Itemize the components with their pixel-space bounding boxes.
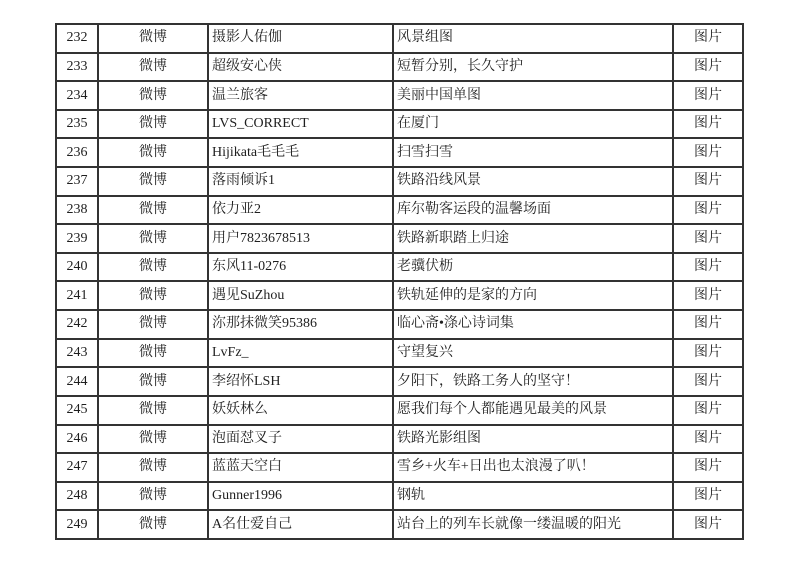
content-type-cell: 图片 — [673, 24, 743, 53]
username-cell: 用户7823678513 — [208, 224, 393, 253]
platform-cell: 微博 — [98, 367, 208, 396]
post-title-cell: 愿我们每个人都能遇见最美的风景 — [393, 396, 673, 425]
row-index-cell: 241 — [56, 281, 98, 310]
row-index-cell: 239 — [56, 224, 98, 253]
post-title-cell: 老骥伏枥 — [393, 253, 673, 282]
username-cell: 摄影人佑伽 — [208, 24, 393, 53]
username-cell: 泡面怼叉子 — [208, 425, 393, 454]
platform-cell: 微博 — [98, 53, 208, 82]
platform-cell: 微博 — [98, 24, 208, 53]
username-cell: LvFz_ — [208, 339, 393, 368]
content-type-cell: 图片 — [673, 453, 743, 482]
content-type-cell: 图片 — [673, 224, 743, 253]
post-title-cell: 铁路新职踏上归途 — [393, 224, 673, 253]
table-row: 236 微博 Hijikata毛毛毛 扫雪扫雪 图片 — [56, 138, 743, 167]
row-index-cell: 240 — [56, 253, 98, 282]
content-type-cell: 图片 — [673, 367, 743, 396]
post-title-cell: 在厦门 — [393, 110, 673, 139]
content-type-cell: 图片 — [673, 253, 743, 282]
table-row: 243 微博 LvFz_ 守望复兴 图片 — [56, 339, 743, 368]
username-cell: 依力亚2 — [208, 196, 393, 225]
row-index-cell: 245 — [56, 396, 98, 425]
username-cell: 蓝蓝天空白 — [208, 453, 393, 482]
row-index-cell: 242 — [56, 310, 98, 339]
platform-cell: 微博 — [98, 425, 208, 454]
platform-cell: 微博 — [98, 81, 208, 110]
row-index-cell: 236 — [56, 138, 98, 167]
table-row: 240 微博 东风11-0276 老骥伏枥 图片 — [56, 253, 743, 282]
table-row: 232 微博 摄影人佑伽 风景组图 图片 — [56, 24, 743, 53]
post-title-cell: 风景组图 — [393, 24, 673, 53]
table-row: 247 微博 蓝蓝天空白 雪乡+火车+日出也太浪漫了叭！ 图片 — [56, 453, 743, 482]
post-title-cell: 铁路光影组图 — [393, 425, 673, 454]
platform-cell: 微博 — [98, 196, 208, 225]
post-title-cell: 美丽中国单图 — [393, 81, 673, 110]
username-cell: Gunner1996 — [208, 482, 393, 511]
row-index-cell: 237 — [56, 167, 98, 196]
platform-cell: 微博 — [98, 110, 208, 139]
content-type-cell: 图片 — [673, 310, 743, 339]
table-row: 237 微博 落雨倾诉1 铁路沿线风景 图片 — [56, 167, 743, 196]
content-type-cell: 图片 — [673, 339, 743, 368]
table-row: 238 微博 依力亚2 库尔勒客运段的温馨场面 图片 — [56, 196, 743, 225]
row-index-cell: 247 — [56, 453, 98, 482]
table-row: 239 微博 用户7823678513 铁路新职踏上归途 图片 — [56, 224, 743, 253]
row-index-cell: 232 — [56, 24, 98, 53]
username-cell: 沵那抹微笑95386 — [208, 310, 393, 339]
platform-cell: 微博 — [98, 281, 208, 310]
table-row: 244 微博 李绍怀LSH 夕阳下，铁路工务人的坚守！ 图片 — [56, 367, 743, 396]
platform-cell: 微博 — [98, 510, 208, 539]
table-row: 248 微博 Gunner1996 钢轨 图片 — [56, 482, 743, 511]
username-cell: 东风11-0276 — [208, 253, 393, 282]
username-cell: 温兰旅客 — [208, 81, 393, 110]
content-type-cell: 图片 — [673, 138, 743, 167]
content-type-cell: 图片 — [673, 510, 743, 539]
post-title-cell: 短暂分别，长久守护 — [393, 53, 673, 82]
content-type-cell: 图片 — [673, 281, 743, 310]
username-cell: 妖妖林么 — [208, 396, 393, 425]
table-row: 246 微博 泡面怼叉子 铁路光影组图 图片 — [56, 425, 743, 454]
content-type-cell: 图片 — [673, 196, 743, 225]
row-index-cell: 243 — [56, 339, 98, 368]
platform-cell: 微博 — [98, 339, 208, 368]
content-type-cell: 图片 — [673, 482, 743, 511]
platform-cell: 微博 — [98, 396, 208, 425]
table-row: 233 微博 超级安心侠 短暂分别，长久守护 图片 — [56, 53, 743, 82]
row-index-cell: 248 — [56, 482, 98, 511]
post-title-cell: 扫雪扫雪 — [393, 138, 673, 167]
username-cell: 超级安心侠 — [208, 53, 393, 82]
platform-cell: 微博 — [98, 482, 208, 511]
username-cell: 落雨倾诉1 — [208, 167, 393, 196]
post-title-cell: 钢轨 — [393, 482, 673, 511]
post-title-cell: 夕阳下，铁路工务人的坚守！ — [393, 367, 673, 396]
content-type-cell: 图片 — [673, 53, 743, 82]
post-title-cell: 守望复兴 — [393, 339, 673, 368]
posts-table: 232 微博 摄影人佑伽 风景组图 图片 233 微博 超级安心侠 短暂分别，长… — [55, 23, 744, 540]
platform-cell: 微博 — [98, 224, 208, 253]
content-type-cell: 图片 — [673, 81, 743, 110]
content-type-cell: 图片 — [673, 167, 743, 196]
row-index-cell: 249 — [56, 510, 98, 539]
content-type-cell: 图片 — [673, 425, 743, 454]
row-index-cell: 246 — [56, 425, 98, 454]
row-index-cell: 233 — [56, 53, 98, 82]
row-index-cell: 235 — [56, 110, 98, 139]
table-row: 234 微博 温兰旅客 美丽中国单图 图片 — [56, 81, 743, 110]
post-title-cell: 雪乡+火车+日出也太浪漫了叭！ — [393, 453, 673, 482]
table-row: 241 微博 遇见SuZhou 铁轨延伸的是家的方向 图片 — [56, 281, 743, 310]
username-cell: 李绍怀LSH — [208, 367, 393, 396]
table-row: 242 微博 沵那抹微笑95386 临心斋•涤心诗词集 图片 — [56, 310, 743, 339]
row-index-cell: 244 — [56, 367, 98, 396]
platform-cell: 微博 — [98, 453, 208, 482]
username-cell: 遇见SuZhou — [208, 281, 393, 310]
row-index-cell: 238 — [56, 196, 98, 225]
username-cell: A名仕爱自己 — [208, 510, 393, 539]
username-cell: LVS_CORRECT — [208, 110, 393, 139]
platform-cell: 微博 — [98, 138, 208, 167]
platform-cell: 微博 — [98, 310, 208, 339]
post-title-cell: 铁路沿线风景 — [393, 167, 673, 196]
table-row: 245 微博 妖妖林么 愿我们每个人都能遇见最美的风景 图片 — [56, 396, 743, 425]
post-title-cell: 临心斋•涤心诗词集 — [393, 310, 673, 339]
table-row: 249 微博 A名仕爱自己 站台上的列车长就像一缕温暖的阳光 图片 — [56, 510, 743, 539]
row-index-cell: 234 — [56, 81, 98, 110]
platform-cell: 微博 — [98, 253, 208, 282]
table-row: 235 微博 LVS_CORRECT 在厦门 图片 — [56, 110, 743, 139]
username-cell: Hijikata毛毛毛 — [208, 138, 393, 167]
post-title-cell: 铁轨延伸的是家的方向 — [393, 281, 673, 310]
table-body: 232 微博 摄影人佑伽 风景组图 图片 233 微博 超级安心侠 短暂分别，长… — [56, 24, 743, 539]
post-title-cell: 站台上的列车长就像一缕温暖的阳光 — [393, 510, 673, 539]
content-type-cell: 图片 — [673, 110, 743, 139]
content-type-cell: 图片 — [673, 396, 743, 425]
document-page: 232 微博 摄影人佑伽 风景组图 图片 233 微博 超级安心侠 短暂分别，长… — [0, 0, 800, 566]
platform-cell: 微博 — [98, 167, 208, 196]
post-title-cell: 库尔勒客运段的温馨场面 — [393, 196, 673, 225]
